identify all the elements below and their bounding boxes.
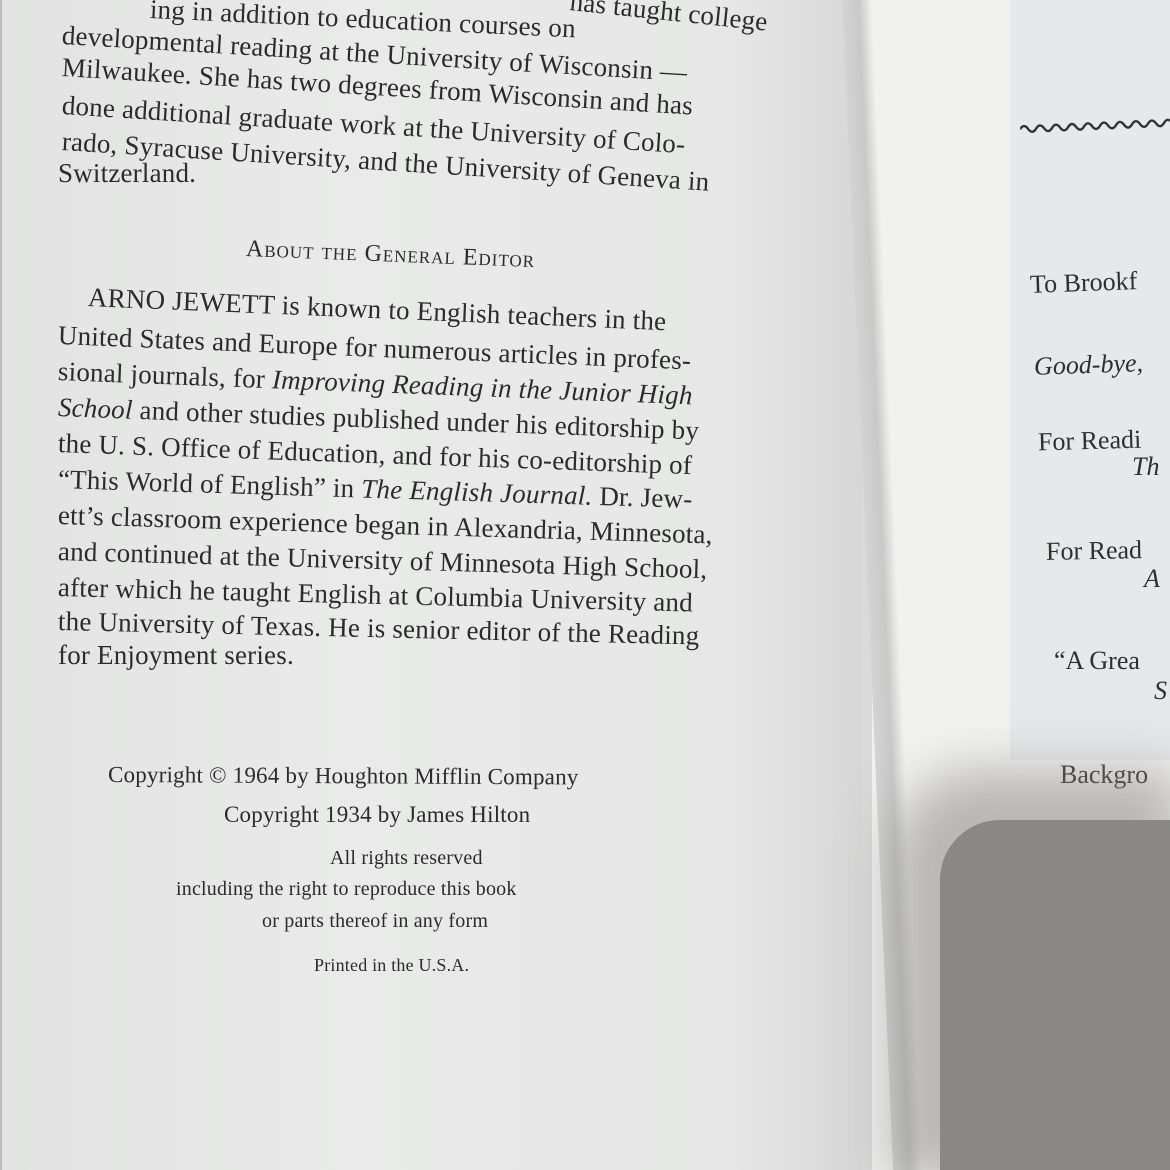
contents-entry-4-sub: A <box>1144 564 1160 594</box>
contents-entry-2: Good-bye, <box>1034 348 1144 382</box>
contents-entry-1: To Brookf <box>1030 266 1138 300</box>
rights-line-3: or parts thereof in any form <box>262 910 488 933</box>
contents-entry-6: Backgro <box>1060 760 1148 790</box>
copyright-line-author: Copyright 1934 by James Hilton <box>224 802 530 828</box>
rights-line-2: including the right to reproduce this bo… <box>176 878 517 901</box>
bio-line-5: Switzerland. <box>58 158 196 189</box>
contents-entry-5-sub: S <box>1154 676 1167 706</box>
contents-entry-3: For Readi <box>1038 425 1142 458</box>
editor-bio-text: Dr. Jew- <box>592 481 693 514</box>
rights-reserved-line: All rights reserved <box>330 847 483 870</box>
book-title-italic: School <box>57 392 133 425</box>
printed-in-line: Printed in the U.S.A. <box>314 955 469 976</box>
hand-shadow <box>940 820 1170 1170</box>
contents-entry-5: “A Grea <box>1054 646 1140 676</box>
contents-entry-3-sub: Th <box>1132 452 1159 482</box>
copyright-line-publisher: Copyright © 1964 by Houghton Mifflin Com… <box>108 762 579 790</box>
contents-entry-4: For Read <box>1046 535 1143 567</box>
editor-bio-line-11: for Enjoyment series. <box>58 640 294 671</box>
journal-title-italic: The English Journal. <box>361 474 593 511</box>
